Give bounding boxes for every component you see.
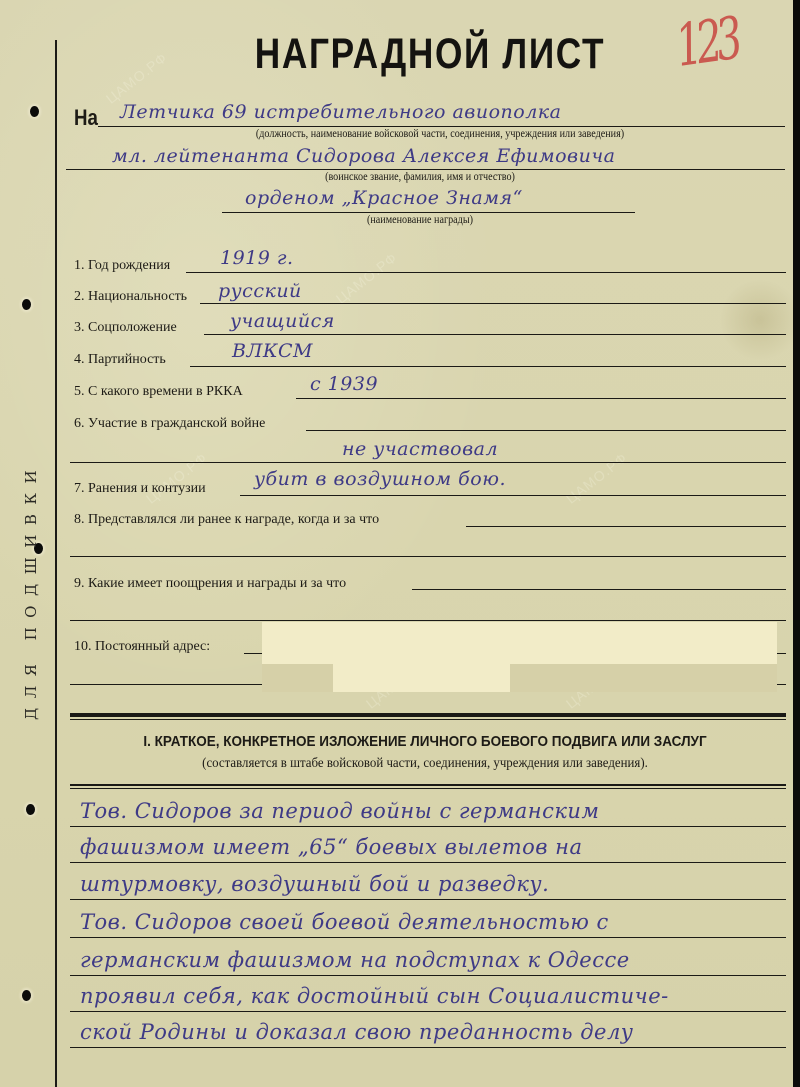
narrative-rule bbox=[70, 826, 786, 827]
field-line bbox=[70, 462, 786, 463]
field-line bbox=[296, 398, 786, 399]
field-label-rkka-since: 5. С какого времени в РККА bbox=[74, 384, 243, 400]
field-label-nationality: 2. Национальность bbox=[74, 289, 187, 305]
section-divider bbox=[70, 788, 786, 789]
field-line bbox=[200, 303, 786, 304]
field-label-wounds: 7. Ранения и контузии bbox=[74, 481, 206, 497]
narrative-rule bbox=[70, 975, 786, 976]
section-subtitle: (составляется в штабе войсковой части, с… bbox=[86, 756, 763, 772]
redaction-block bbox=[262, 664, 333, 692]
narrative-rule bbox=[70, 1011, 786, 1012]
narrative-line: фашизмом имеет „65“ боевых вылетов на bbox=[80, 835, 583, 859]
section-divider bbox=[70, 713, 786, 717]
section-divider bbox=[70, 784, 786, 786]
field-line bbox=[70, 556, 786, 557]
name-caption: (воинское звание, фамилия, имя и отчеств… bbox=[270, 171, 569, 183]
narrative-line: ской Родины и доказал свою преданность д… bbox=[80, 1020, 634, 1044]
binding-margin-line bbox=[55, 40, 57, 1087]
field-label-social-status: 3. Соцположение bbox=[74, 320, 177, 336]
field-label-party: 4. Партийность bbox=[74, 352, 166, 368]
narrative-line: германским фашизмом на подступах к Одесс… bbox=[80, 948, 630, 972]
field-value-social-status: учащийся bbox=[230, 310, 335, 332]
position-value: Летчика 69 истребительного авиополка bbox=[120, 101, 561, 123]
archive-number: 123 bbox=[672, 4, 742, 80]
punch-hole bbox=[26, 804, 35, 815]
field-label-birth-year: 1. Год рождения bbox=[74, 258, 170, 274]
section-divider bbox=[70, 719, 786, 720]
field-value-nationality: русский bbox=[218, 280, 302, 302]
field-line bbox=[412, 589, 786, 590]
position-line bbox=[98, 126, 785, 127]
narrative-line: Тов. Сидоров своей боевой деятельностью … bbox=[80, 910, 609, 934]
award-value: орденом „Красное Знамя“ bbox=[245, 187, 523, 209]
field-value-wounds: убит в воздушном бою. bbox=[254, 468, 506, 490]
scan-edge bbox=[793, 0, 800, 1087]
narrative-rule bbox=[70, 862, 786, 863]
narrative-rule bbox=[70, 1047, 786, 1048]
narrative-rule bbox=[70, 899, 786, 900]
narrative-rule bbox=[70, 937, 786, 938]
field-label-civil-war: 6. Участие в гражданской войне bbox=[74, 416, 265, 432]
field-line bbox=[190, 366, 786, 367]
punch-hole bbox=[22, 299, 31, 310]
field-value-birth-year: 1919 г. bbox=[220, 247, 294, 269]
field-value-civil-war: не участвовал bbox=[342, 438, 498, 460]
narrative-line: штурмовку, воздушный бой и разведку. bbox=[80, 872, 549, 896]
field-value-party: ВЛКСМ bbox=[232, 340, 313, 362]
punch-hole bbox=[30, 106, 39, 117]
field-line bbox=[466, 526, 786, 527]
name-line bbox=[66, 169, 785, 170]
field-label-prior-awards: 8. Представлялся ли ранее к награде, ког… bbox=[74, 512, 379, 528]
name-value: мл. лейтенанта Сидорова Алексея Ефимович… bbox=[112, 145, 616, 167]
field-line bbox=[306, 430, 786, 431]
field-line bbox=[70, 620, 786, 621]
field-line bbox=[240, 495, 786, 496]
field-line bbox=[186, 272, 786, 273]
field-line bbox=[204, 334, 786, 335]
punch-hole bbox=[22, 990, 31, 1001]
narrative-line: Тов. Сидоров за период войны с германски… bbox=[80, 799, 599, 823]
redaction-block bbox=[510, 664, 777, 692]
redaction-block bbox=[262, 622, 777, 664]
narrative-line: проявил себя, как достойный сын Социалис… bbox=[80, 984, 669, 1008]
section-title: I. КРАТКОЕ, КОНКРЕТНОЕ ИЗЛОЖЕНИЕ ЛИЧНОГО… bbox=[94, 733, 756, 750]
margin-label: ДЛЯ ПОДШИВКИ bbox=[22, 461, 40, 720]
to-label: На bbox=[74, 105, 98, 131]
field-label-commendations: 9. Какие имеет поощрения и награды и за … bbox=[74, 576, 346, 592]
award-line bbox=[222, 212, 635, 213]
field-value-rkka-since: с 1939 bbox=[310, 373, 378, 395]
position-caption: (должность, наименование войсковой части… bbox=[194, 128, 687, 140]
award-caption: (наименование награды) bbox=[332, 214, 508, 226]
field-label-address: 10. Постоянный адрес: bbox=[74, 639, 210, 655]
redaction-block bbox=[333, 664, 510, 692]
